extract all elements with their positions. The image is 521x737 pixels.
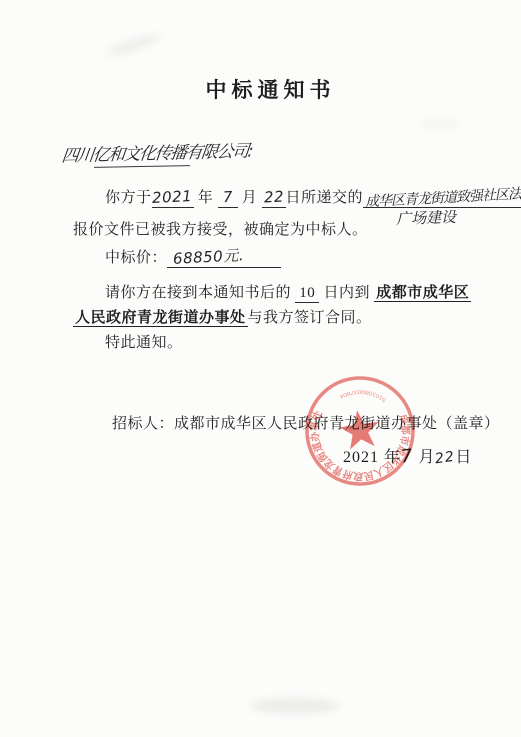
day-handwritten: 22 xyxy=(263,187,284,206)
org-name-part1: 成都市成华区 xyxy=(374,285,471,302)
para2-seg3: 与我方签订合同。 xyxy=(248,310,372,326)
document-title: 中标通知书 xyxy=(10,74,521,104)
scan-smudge xyxy=(106,32,162,59)
para1-line2: 报价文件已被我方接受，被确定为中标人。 xyxy=(73,219,368,241)
official-seal-stamp: 成都市成华区人民政府青龙街道办事处 5101080037804 xyxy=(299,370,421,492)
para2-seg1: 请你方在接到本通知书后的 xyxy=(105,285,291,301)
project-name-blank: 成华区青龙街道致强社区法治 xyxy=(363,189,521,208)
scan-smudge xyxy=(250,698,340,714)
seal-serial-number: 5101080037804 xyxy=(338,387,388,404)
para2-line1: 请你方在接到本通知书后的 10 日内到 成都市成华区 xyxy=(73,282,471,304)
date-day-unit: 日 xyxy=(455,449,472,466)
notice-line: 特此通知。 xyxy=(73,332,183,354)
unit-month: 月 xyxy=(242,190,258,206)
unit-day-seg: 日所递交的 xyxy=(286,190,364,206)
seal-graphic: 成都市成华区人民政府青龙街道办事处 5101080037804 xyxy=(299,370,421,492)
para1-seg-you: 你方于 xyxy=(105,190,152,206)
year-handwritten: 2021 xyxy=(152,187,193,207)
recipient-underline xyxy=(94,165,190,168)
project-name-handwritten-2: 广场建设 xyxy=(396,206,457,229)
scan-smudge xyxy=(420,120,460,128)
award-notice-document: 中标通知书 四川亿和文化传播有限公司: 你方于2021 年 7 月 22日所递交… xyxy=(0,0,521,737)
price-label: 中标价： xyxy=(105,250,167,266)
date-day-handwritten: 22 xyxy=(434,446,457,471)
price-blank: 68850元. xyxy=(167,248,281,268)
para2-line2: 人民政府青龙街道办事处与我方签订合同。 xyxy=(73,307,372,329)
seal-star-icon xyxy=(337,407,382,450)
svg-text:5101080037804: 5101080037804 xyxy=(338,387,388,404)
days-value: 10 xyxy=(295,284,319,303)
date-month-unit: 月 xyxy=(418,449,435,466)
org-name-part2: 人民政府青龙街道办事处 xyxy=(73,310,248,327)
para2-seg2: 日内到 xyxy=(324,285,371,301)
price-handwritten: 68850元. xyxy=(173,246,245,268)
month-handwritten: 7 xyxy=(222,188,233,207)
year-blank: 2021 xyxy=(152,188,194,208)
notice-text: 特此通知。 xyxy=(105,335,183,351)
day-blank: 22 xyxy=(262,188,286,208)
month-blank: 7 xyxy=(218,188,238,208)
recipient-company-handwritten: 四川亿和文化传播有限公司: xyxy=(61,136,254,166)
unit-year: 年 xyxy=(198,190,214,206)
price-line: 中标价：68850元. xyxy=(73,247,281,269)
